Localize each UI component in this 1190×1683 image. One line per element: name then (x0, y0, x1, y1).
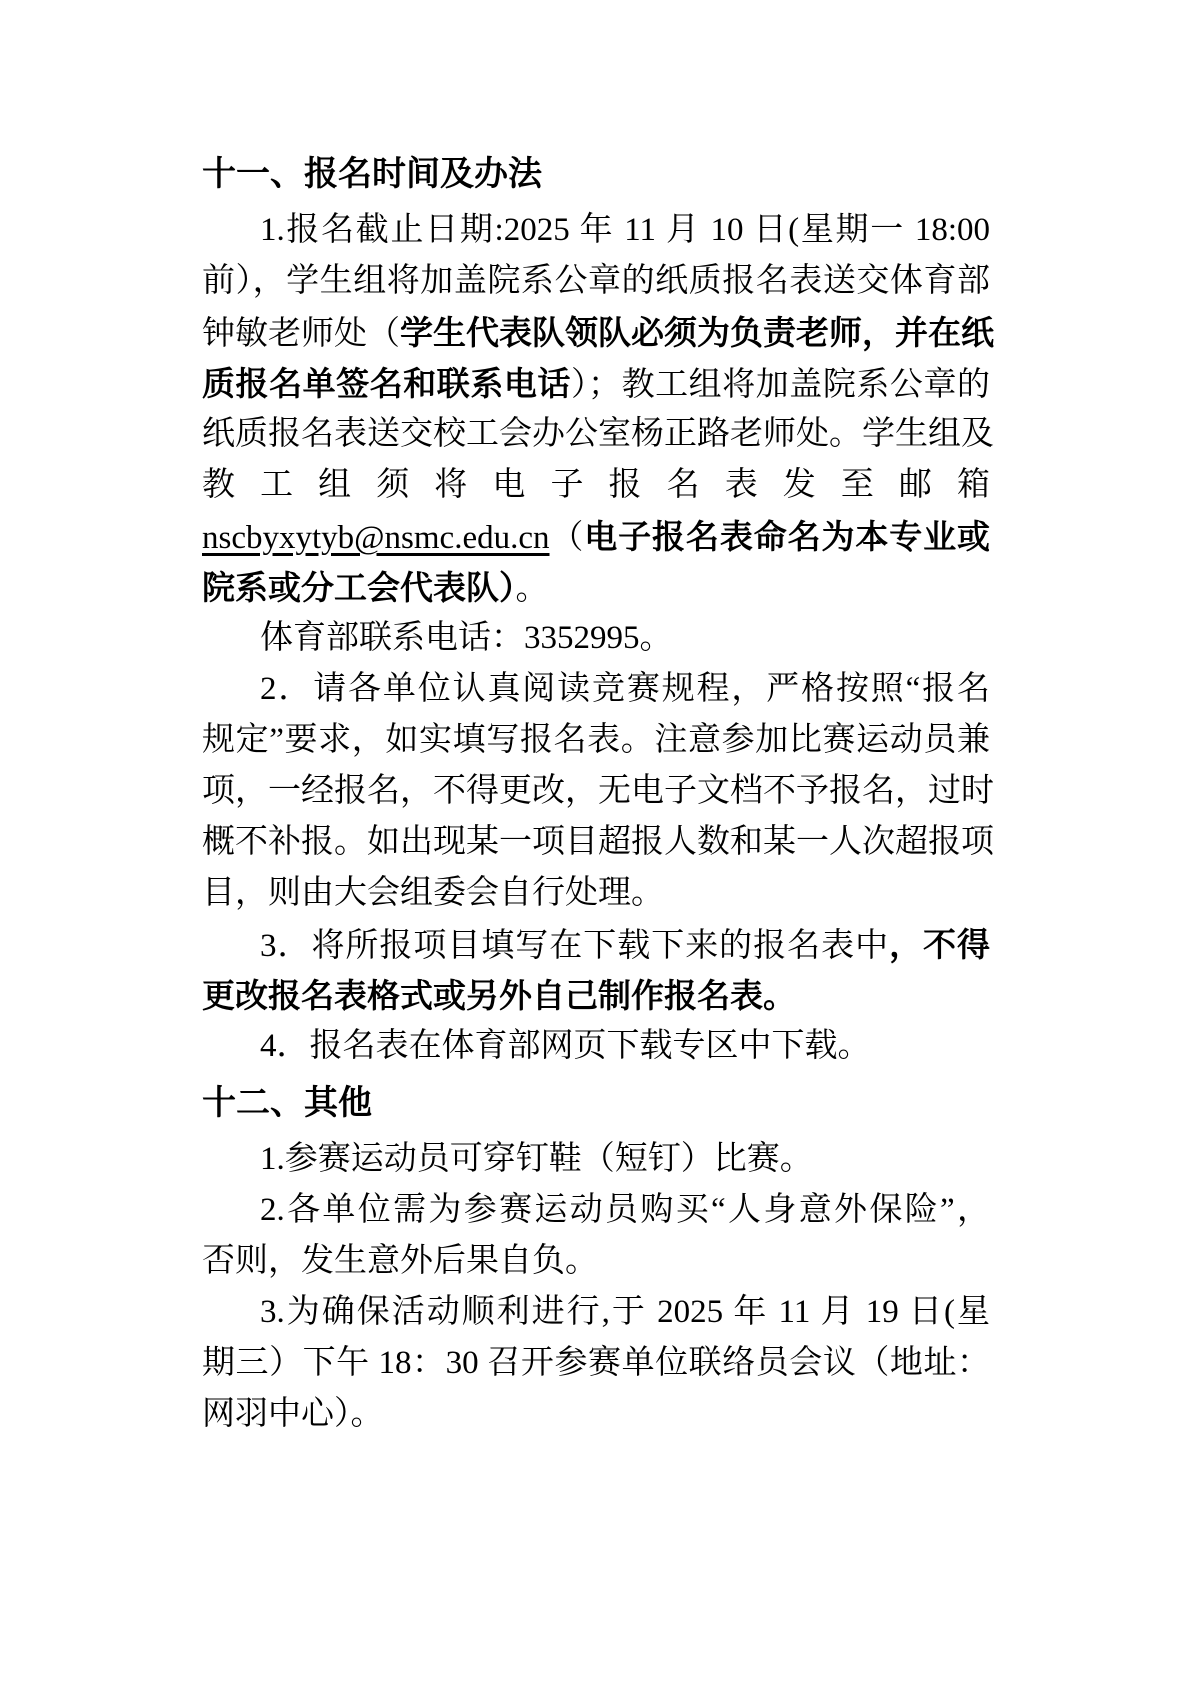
text-line: 否则，发生意外后果自负。 (202, 1236, 990, 1287)
text-run: 2．请各单位认真阅读竞赛规程，严格按照“报名 (260, 671, 990, 707)
text-run: 2.各单位需为参赛运动员购买“人身意外保险”， (260, 1192, 990, 1228)
text-run: 3．将所报项目填写在下载下来的报名表中 (260, 928, 889, 964)
heading-text: 十二、其他 (202, 1084, 372, 1122)
text-line: nscbyxytyb@nsmc.edu.cn（电子报名表命名为本专业或 (202, 511, 990, 562)
text-run: 网羽中心）。 (202, 1396, 384, 1432)
bold-text-run: 电子报名表命名为本专业或 (584, 518, 990, 555)
text-line: 1.报名截止日期:2025 年 11 月 10 日(星期一 18:00 (202, 205, 990, 256)
text-run: 概不补报。如出现某一项目超报人数和某一人次超报项 (202, 824, 994, 860)
text-run: 前），学生组将加盖院系公章的纸质报名表送交体育部 (202, 263, 990, 299)
bold-text-run: ，不得 (889, 926, 990, 963)
text-line: 更改报名表格式或另外自己制作报名表。 (202, 970, 990, 1021)
text-line: 4．报名表在体育部网页下载专区中下载。 (202, 1021, 990, 1072)
text-line-phone: 体育部联系电话：3352995。 (202, 613, 990, 664)
text-run: 钟敏老师处（ (202, 316, 400, 352)
text-line: 前），学生组将加盖院系公章的纸质报名表送交体育部 (202, 256, 990, 307)
text-run: ）；教工组将加盖院系公章的 (571, 367, 990, 403)
text-line: 期三）下午 18：30 召开参赛单位联络员会议（地址： (202, 1338, 990, 1389)
section-heading-12: 十二、其他 (202, 1072, 990, 1134)
text-line: 质报名单签名和联系电话）；教工组将加盖院系公章的 (202, 358, 990, 409)
text-run: 3.为确保活动顺利进行,于 2025 年 11 月 19 日(星 (260, 1294, 990, 1330)
text-line: 3.为确保活动顺利进行,于 2025 年 11 月 19 日(星 (202, 1287, 990, 1338)
text-line: 项，一经报名，不得更改，无电子文档不予报名，过时 (202, 766, 990, 817)
bold-text-run: 学生代表队领队必须为负责老师，并在纸 (400, 314, 994, 351)
text-line: 2．请各单位认真阅读竞赛规程，严格按照“报名 (202, 664, 990, 715)
text-run: 规定”要求，如实填写报名表。注意参加比赛运动员兼 (202, 722, 990, 758)
text-run: （ (550, 520, 585, 556)
text-line: 规定”要求，如实填写报名表。注意参加比赛运动员兼 (202, 715, 990, 766)
text-run: 否则，发生意外后果自负。 (202, 1243, 598, 1279)
email-link[interactable]: nscbyxytyb@nsmc.edu.cn (202, 520, 550, 556)
text-run: 目，则由大会组委会自行处理。 (202, 875, 664, 911)
text-run: 1.报名截止日期:2025 年 11 月 10 日(星期一 18:00 (260, 212, 990, 248)
section-heading-11: 十一、报名时间及办法 (202, 143, 990, 205)
text-run: 。 (516, 571, 549, 607)
text-line: 1.参赛运动员可穿钉鞋（短钉）比赛。 (202, 1134, 990, 1185)
text-run: 教工组须将电子报名表发至邮箱 (202, 467, 990, 503)
bold-text-run: 更改报名表格式或另外自己制作报名表。 (202, 977, 796, 1014)
heading-text: 十一、报名时间及办法 (202, 155, 542, 193)
text-line: 纸质报名表送交校工会办公室杨正路老师处。学生组及 (202, 409, 990, 460)
text-run: 期三）下午 18：30 召开参赛单位联络员会议（地址： (202, 1345, 990, 1381)
text-run: 项，一经报名，不得更改，无电子文档不予报名，过时 (202, 773, 994, 809)
text-line: 目，则由大会组委会自行处理。 (202, 868, 990, 919)
document-page: 十一、报名时间及办法 1.报名截止日期:2025 年 11 月 10 日(星期一… (0, 0, 1190, 1683)
text-line: 2.各单位需为参赛运动员购买“人身意外保险”， (202, 1185, 990, 1236)
bold-text-run: 质报名单签名和联系电话 (202, 365, 571, 402)
text-run: 体育部联系电话：3352995。 (260, 620, 673, 656)
text-line: 网羽中心）。 (202, 1389, 990, 1440)
text-run: 4．报名表在体育部网页下载专区中下载。 (260, 1028, 871, 1064)
text-run: 1.参赛运动员可穿钉鞋（短钉）比赛。 (260, 1141, 813, 1177)
text-line: 钟敏老师处（学生代表队领队必须为负责老师，并在纸 (202, 307, 990, 358)
text-line: 院系或分工会代表队）。 (202, 562, 990, 613)
text-line: 概不补报。如出现某一项目超报人数和某一人次超报项 (202, 817, 990, 868)
text-line: 教工组须将电子报名表发至邮箱 (202, 460, 990, 511)
bold-text-run: 院系或分工会代表队） (202, 569, 516, 606)
text-run: 纸质报名表送交校工会办公室杨正路老师处。学生组及 (202, 416, 994, 452)
text-line: 3．将所报项目填写在下载下来的报名表中，不得 (202, 919, 990, 970)
